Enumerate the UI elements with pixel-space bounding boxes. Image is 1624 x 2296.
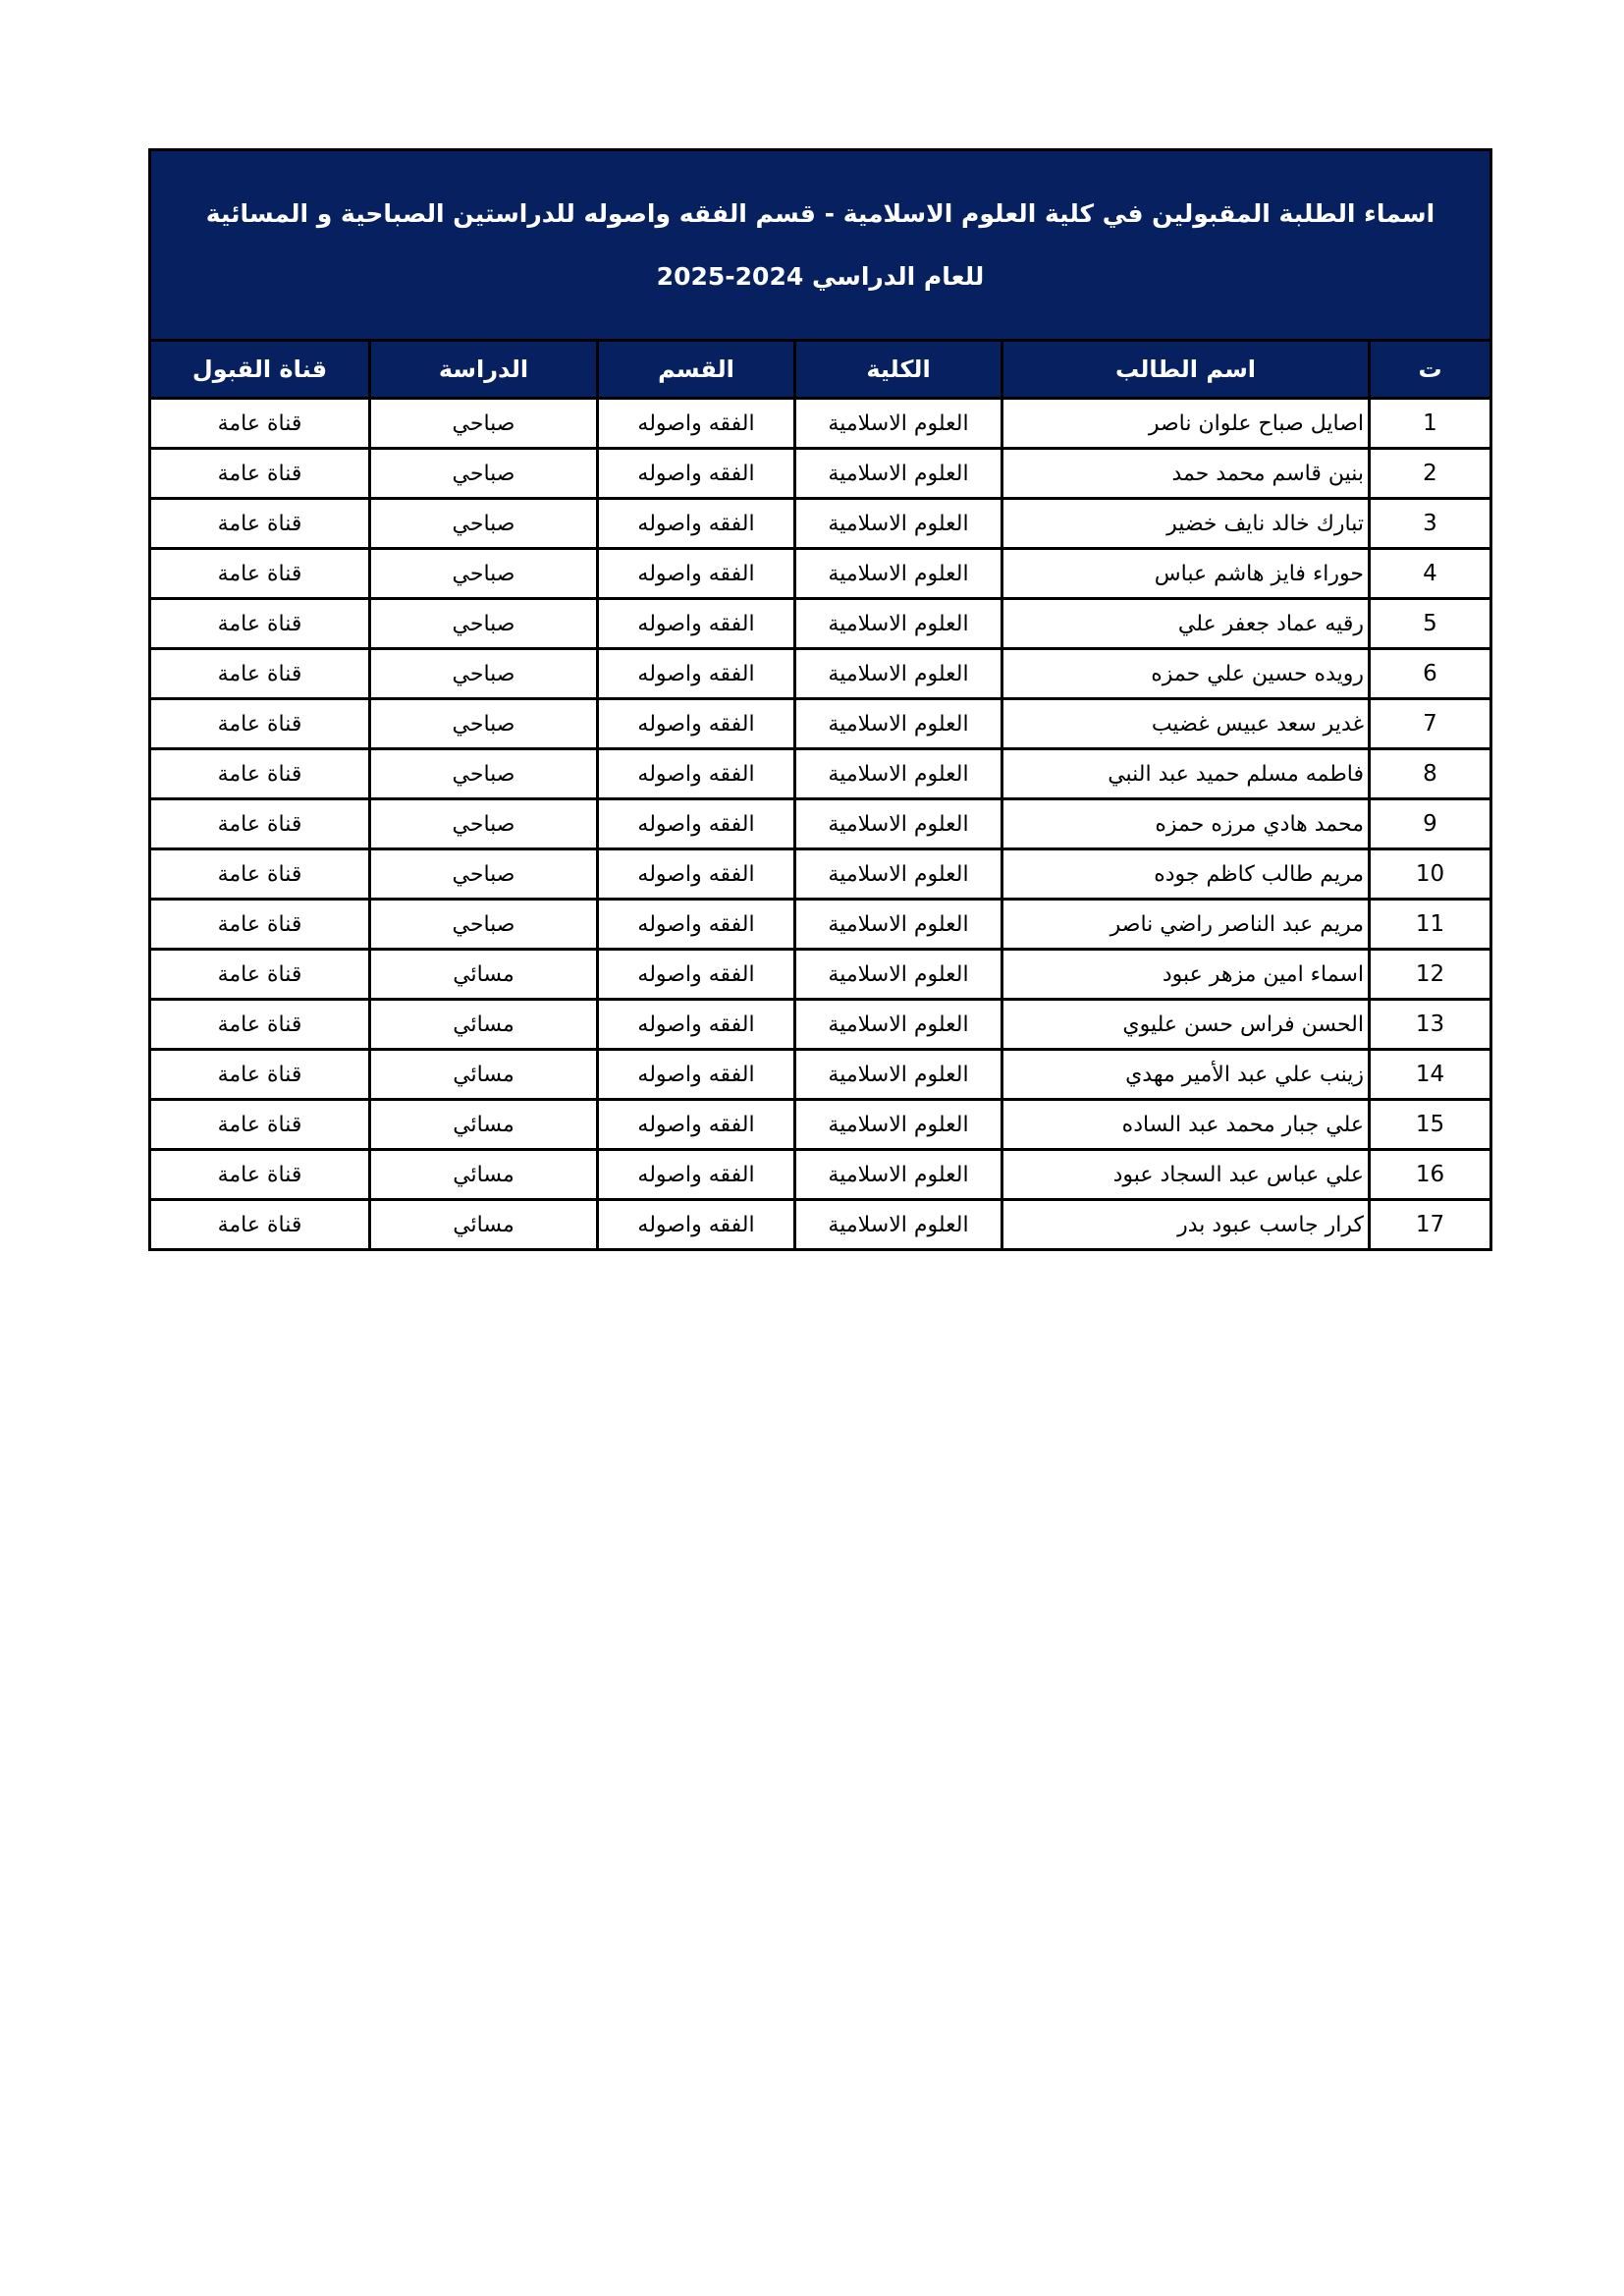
cell-department: الفقه واصوله bbox=[598, 749, 795, 799]
title-line-1: اسماء الطلبة المقبولين في كلية العلوم ال… bbox=[171, 183, 1470, 246]
table-row: 12اسماء امين مزهر عبودالعلوم الاسلاميةال… bbox=[150, 950, 1491, 1000]
table-row: 9محمد هادي مرزه حمزهالعلوم الاسلاميةالفق… bbox=[150, 799, 1491, 849]
cell-num: 16 bbox=[1370, 1150, 1491, 1200]
cell-department: الفقه واصوله bbox=[598, 599, 795, 649]
column-header-row: ت اسم الطالب الكلية القسم الدراسة قناة ا… bbox=[150, 341, 1491, 399]
cell-admission-channel: قناة عامة bbox=[150, 950, 370, 1000]
cell-department: الفقه واصوله bbox=[598, 1000, 795, 1050]
cell-study-type: مسائي bbox=[370, 1050, 598, 1100]
document-title: اسماء الطلبة المقبولين في كلية العلوم ال… bbox=[150, 150, 1491, 341]
table-row: 3تبارك خالد نايف خضيرالعلوم الاسلاميةالف… bbox=[150, 499, 1491, 549]
table-row: 10مريم طالب كاظم جودهالعلوم الاسلاميةالف… bbox=[150, 849, 1491, 900]
cell-study-type: صباحي bbox=[370, 799, 598, 849]
cell-admission-channel: قناة عامة bbox=[150, 749, 370, 799]
cell-department: الفقه واصوله bbox=[598, 1050, 795, 1100]
table-row: 13الحسن فراس حسن عليويالعلوم الاسلاميةال… bbox=[150, 1000, 1491, 1050]
cell-student-name: مريم عبد الناصر راضي ناصر bbox=[1002, 900, 1370, 950]
cell-student-name: علي عباس عبد السجاد عبود bbox=[1002, 1150, 1370, 1200]
cell-num: 8 bbox=[1370, 749, 1491, 799]
cell-admission-channel: قناة عامة bbox=[150, 1050, 370, 1100]
cell-department: الفقه واصوله bbox=[598, 549, 795, 599]
table-row: 14زينب علي عبد الأمير مهديالعلوم الاسلام… bbox=[150, 1050, 1491, 1100]
cell-college: العلوم الاسلامية bbox=[795, 499, 1002, 549]
cell-num: 6 bbox=[1370, 649, 1491, 699]
table-row: 16علي عباس عبد السجاد عبودالعلوم الاسلام… bbox=[150, 1150, 1491, 1200]
table-row: 7غدير سعد عبيس غضيبالعلوم الاسلاميةالفقه… bbox=[150, 699, 1491, 749]
table-row: 4حوراء فايز هاشم عباسالعلوم الاسلاميةالف… bbox=[150, 549, 1491, 599]
cell-study-type: صباحي bbox=[370, 599, 598, 649]
cell-department: الفقه واصوله bbox=[598, 1150, 795, 1200]
table-row: 11مريم عبد الناصر راضي ناصرالعلوم الاسلا… bbox=[150, 900, 1491, 950]
cell-student-name: محمد هادي مرزه حمزه bbox=[1002, 799, 1370, 849]
cell-num: 11 bbox=[1370, 900, 1491, 950]
cell-admission-channel: قناة عامة bbox=[150, 849, 370, 900]
cell-study-type: مسائي bbox=[370, 1150, 598, 1200]
cell-college: العلوم الاسلامية bbox=[795, 950, 1002, 1000]
cell-college: العلوم الاسلامية bbox=[795, 1000, 1002, 1050]
header-dept: القسم bbox=[598, 341, 795, 399]
admitted-students-table: اسماء الطلبة المقبولين في كلية العلوم ال… bbox=[148, 148, 1492, 1251]
cell-college: العلوم الاسلامية bbox=[795, 449, 1002, 499]
cell-study-type: مسائي bbox=[370, 1100, 598, 1150]
cell-admission-channel: قناة عامة bbox=[150, 499, 370, 549]
cell-department: الفقه واصوله bbox=[598, 649, 795, 699]
cell-student-name: تبارك خالد نايف خضير bbox=[1002, 499, 1370, 549]
table-row: 5رقيه عماد جعفر عليالعلوم الاسلاميةالفقه… bbox=[150, 599, 1491, 649]
cell-num: 10 bbox=[1370, 849, 1491, 900]
cell-college: العلوم الاسلامية bbox=[795, 749, 1002, 799]
cell-department: الفقه واصوله bbox=[598, 799, 795, 849]
cell-department: الفقه واصوله bbox=[598, 499, 795, 549]
cell-department: الفقه واصوله bbox=[598, 849, 795, 900]
table-row: 1اصايل صباح علوان ناصرالعلوم الاسلاميةال… bbox=[150, 399, 1491, 449]
cell-department: الفقه واصوله bbox=[598, 449, 795, 499]
cell-admission-channel: قناة عامة bbox=[150, 449, 370, 499]
cell-department: الفقه واصوله bbox=[598, 1100, 795, 1150]
cell-num: 12 bbox=[1370, 950, 1491, 1000]
cell-admission-channel: قناة عامة bbox=[150, 699, 370, 749]
cell-num: 4 bbox=[1370, 549, 1491, 599]
table-row: 17كرار جاسب عبود بدرالعلوم الاسلاميةالفق… bbox=[150, 1200, 1491, 1250]
table-row: 6رويده حسين علي حمزهالعلوم الاسلاميةالفق… bbox=[150, 649, 1491, 699]
cell-admission-channel: قناة عامة bbox=[150, 1000, 370, 1050]
cell-num: 7 bbox=[1370, 699, 1491, 749]
cell-student-name: كرار جاسب عبود بدر bbox=[1002, 1200, 1370, 1250]
cell-num: 17 bbox=[1370, 1200, 1491, 1250]
cell-study-type: صباحي bbox=[370, 449, 598, 499]
cell-student-name: غدير سعد عبيس غضيب bbox=[1002, 699, 1370, 749]
cell-admission-channel: قناة عامة bbox=[150, 1200, 370, 1250]
cell-admission-channel: قناة عامة bbox=[150, 900, 370, 950]
cell-num: 14 bbox=[1370, 1050, 1491, 1100]
cell-college: العلوم الاسلامية bbox=[795, 1150, 1002, 1200]
cell-study-type: صباحي bbox=[370, 699, 598, 749]
cell-college: العلوم الاسلامية bbox=[795, 799, 1002, 849]
cell-college: العلوم الاسلامية bbox=[795, 699, 1002, 749]
cell-department: الفقه واصوله bbox=[598, 950, 795, 1000]
cell-num: 9 bbox=[1370, 799, 1491, 849]
cell-study-type: صباحي bbox=[370, 399, 598, 449]
cell-department: الفقه واصوله bbox=[598, 399, 795, 449]
cell-college: العلوم الاسلامية bbox=[795, 849, 1002, 900]
cell-department: الفقه واصوله bbox=[598, 699, 795, 749]
admission-list-sheet: اسماء الطلبة المقبولين في كلية العلوم ال… bbox=[151, 148, 1492, 1251]
cell-student-name: علي جبار محمد عبد الساده bbox=[1002, 1100, 1370, 1150]
cell-num: 2 bbox=[1370, 449, 1491, 499]
cell-department: الفقه واصوله bbox=[598, 1200, 795, 1250]
cell-college: العلوم الاسلامية bbox=[795, 900, 1002, 950]
cell-study-type: صباحي bbox=[370, 900, 598, 950]
cell-admission-channel: قناة عامة bbox=[150, 399, 370, 449]
cell-study-type: صباحي bbox=[370, 549, 598, 599]
cell-num: 1 bbox=[1370, 399, 1491, 449]
cell-num: 13 bbox=[1370, 1000, 1491, 1050]
title-line-2: للعام الدراسي 2024-2025 bbox=[171, 246, 1470, 308]
cell-num: 15 bbox=[1370, 1100, 1491, 1150]
cell-college: العلوم الاسلامية bbox=[795, 1050, 1002, 1100]
table-row: 8فاطمه مسلم حميد عبد النبيالعلوم الاسلام… bbox=[150, 749, 1491, 799]
header-name: اسم الطالب bbox=[1002, 341, 1370, 399]
cell-student-name: بنين قاسم محمد حمد bbox=[1002, 449, 1370, 499]
cell-department: الفقه واصوله bbox=[598, 900, 795, 950]
header-channel: قناة القبول bbox=[150, 341, 370, 399]
table-row: 2بنين قاسم محمد حمدالعلوم الاسلاميةالفقه… bbox=[150, 449, 1491, 499]
cell-student-name: رويده حسين علي حمزه bbox=[1002, 649, 1370, 699]
header-study: الدراسة bbox=[370, 341, 598, 399]
cell-college: العلوم الاسلامية bbox=[795, 1200, 1002, 1250]
title-row: اسماء الطلبة المقبولين في كلية العلوم ال… bbox=[150, 150, 1491, 341]
header-num: ت bbox=[1370, 341, 1491, 399]
cell-num: 3 bbox=[1370, 499, 1491, 549]
cell-student-name: فاطمه مسلم حميد عبد النبي bbox=[1002, 749, 1370, 799]
cell-study-type: صباحي bbox=[370, 649, 598, 699]
cell-admission-channel: قناة عامة bbox=[150, 649, 370, 699]
cell-admission-channel: قناة عامة bbox=[150, 1100, 370, 1150]
cell-study-type: صباحي bbox=[370, 499, 598, 549]
cell-student-name: الحسن فراس حسن عليوي bbox=[1002, 1000, 1370, 1050]
cell-college: العلوم الاسلامية bbox=[795, 549, 1002, 599]
cell-student-name: اصايل صباح علوان ناصر bbox=[1002, 399, 1370, 449]
cell-college: العلوم الاسلامية bbox=[795, 649, 1002, 699]
cell-admission-channel: قناة عامة bbox=[150, 549, 370, 599]
table-row: 15علي جبار محمد عبد السادهالعلوم الاسلام… bbox=[150, 1100, 1491, 1150]
cell-student-name: زينب علي عبد الأمير مهدي bbox=[1002, 1050, 1370, 1100]
cell-student-name: مريم طالب كاظم جوده bbox=[1002, 849, 1370, 900]
cell-num: 5 bbox=[1370, 599, 1491, 649]
cell-admission-channel: قناة عامة bbox=[150, 1150, 370, 1200]
header-college: الكلية bbox=[795, 341, 1002, 399]
cell-study-type: مسائي bbox=[370, 950, 598, 1000]
cell-student-name: اسماء امين مزهر عبود bbox=[1002, 950, 1370, 1000]
cell-admission-channel: قناة عامة bbox=[150, 599, 370, 649]
cell-admission-channel: قناة عامة bbox=[150, 799, 370, 849]
table-body: 1اصايل صباح علوان ناصرالعلوم الاسلاميةال… bbox=[150, 399, 1491, 1250]
cell-student-name: حوراء فايز هاشم عباس bbox=[1002, 549, 1370, 599]
cell-study-type: مسائي bbox=[370, 1000, 598, 1050]
cell-college: العلوم الاسلامية bbox=[795, 1100, 1002, 1150]
cell-college: العلوم الاسلامية bbox=[795, 399, 1002, 449]
cell-study-type: صباحي bbox=[370, 849, 598, 900]
cell-student-name: رقيه عماد جعفر علي bbox=[1002, 599, 1370, 649]
cell-study-type: صباحي bbox=[370, 749, 598, 799]
cell-college: العلوم الاسلامية bbox=[795, 599, 1002, 649]
cell-study-type: مسائي bbox=[370, 1200, 598, 1250]
